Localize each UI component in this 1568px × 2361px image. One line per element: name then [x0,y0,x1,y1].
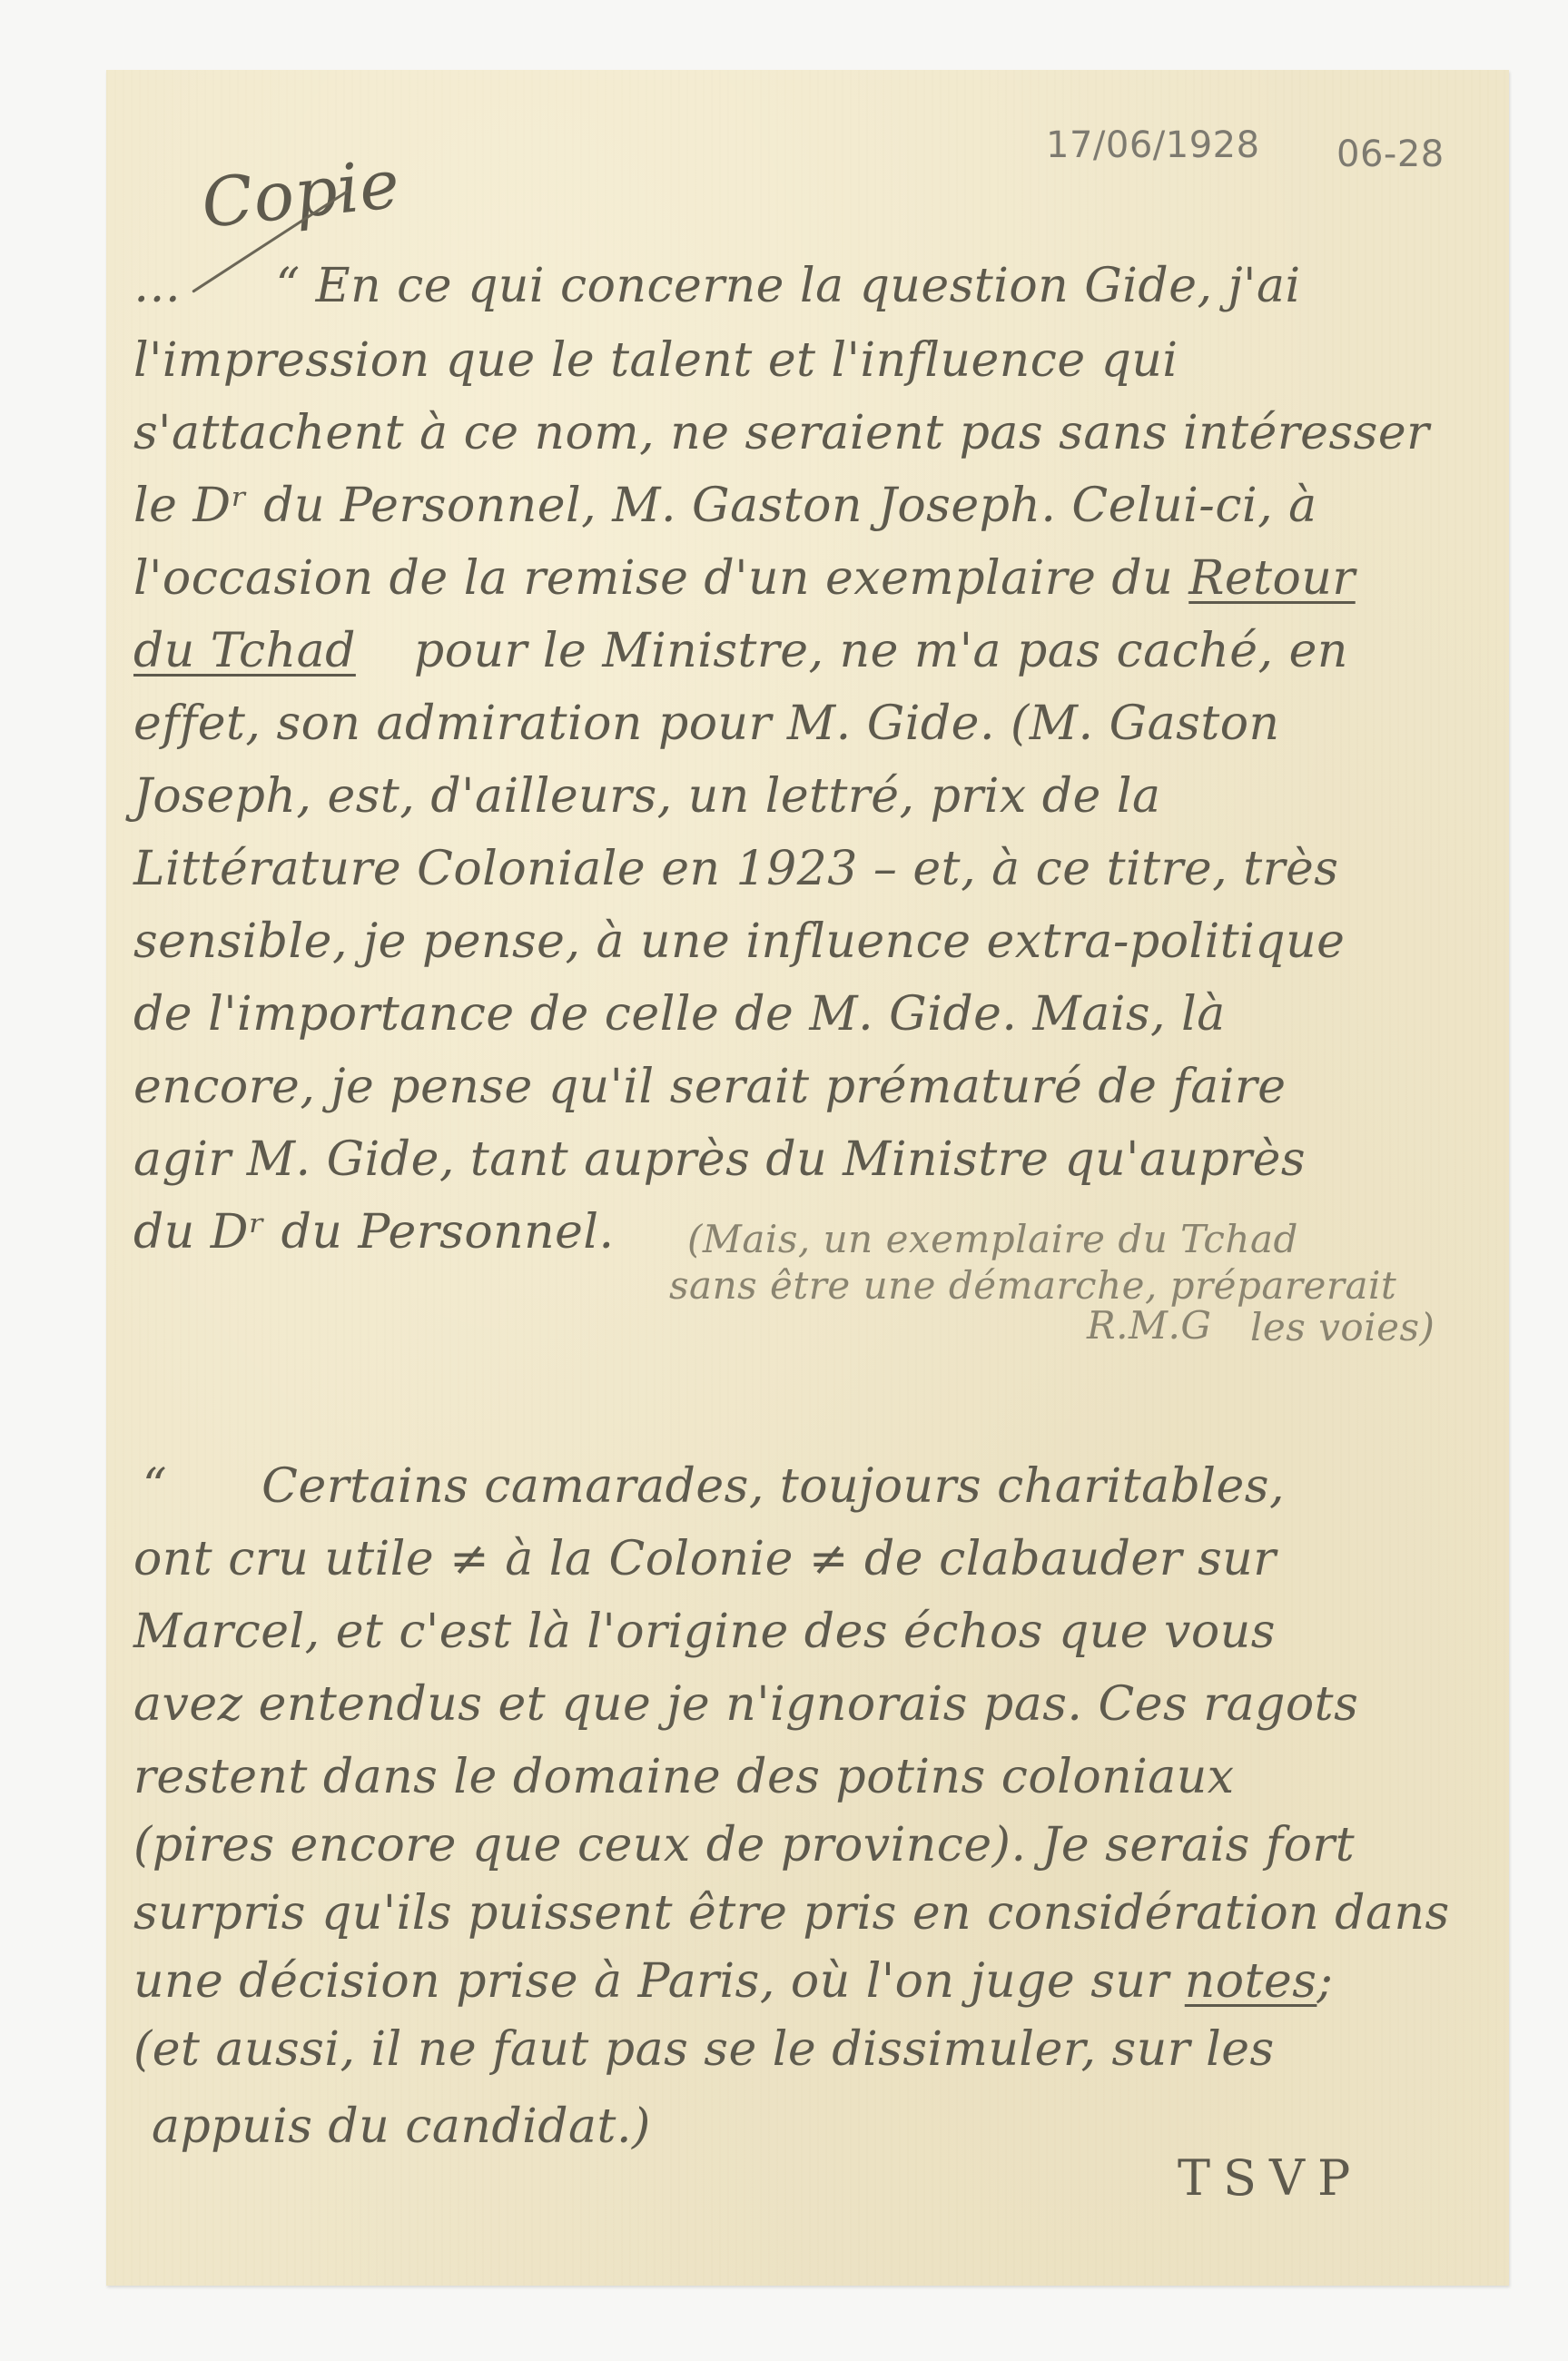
paragraph-2-line-5: restent dans le domaine des potins colon… [133,1750,1235,1804]
paragraph-1-line-13: agir M. Gide, tant auprès du Ministre qu… [133,1132,1306,1187]
paragraph-2-line-10: appuis du candidat.) [152,2099,651,2154]
paragraph-1-line-9: Littérature Coloniale en 1923 – et, à ce… [133,842,1338,896]
ellipsis-mark: … [133,259,182,313]
quote-mark: “ [143,1459,167,1514]
archive-code: 06-28 [1336,133,1445,175]
paragraph-1-line-6: du Tchad pour le Ministre, ne m'a pas ca… [133,624,1348,678]
paragraph-1-line-3: s'attachent à ce nom, ne seraient pas sa… [133,406,1429,460]
letter-page: Copie 17/06/1928 06-28 … “ En ce qui con… [106,70,1509,2286]
paragraph-2-line-7: surpris qu'ils puissent être pris en con… [133,1886,1450,1941]
paragraph-1-line-11: de l'importance de celle de M. Gide. Mai… [133,987,1226,1042]
annotation-line-3: les voies) [1250,1307,1435,1348]
paragraph-1-line-5: l'occasion de la remise d'un exemplaire … [133,551,1356,606]
copie-heading: Copie [198,145,403,243]
paragraph-2-line-8: une décision prise à Paris, où l'on juge… [133,1954,1333,2009]
paragraph-1-line-2: l'impression que le talent et l'influenc… [133,333,1178,388]
paragraph-2-line-9: (et aussi, il ne faut pas se le dissimul… [133,2022,1275,2077]
date-stamp: 17/06/1928 [1046,124,1260,166]
paragraph-2-line-4: avez entendus et que je n'ignorais pas. … [133,1677,1358,1732]
paragraph-2-line-2: ont cru utile ≠ à la Colonie ≠ de clabau… [133,1532,1277,1586]
paragraph-1-line-8: Joseph, est, d'ailleurs, un lettré, prix… [133,769,1160,824]
paragraph-2-line-1: “ Certains camarades, toujours charitabl… [143,1459,1285,1514]
underlined-book-title-cont: du Tchad [133,624,356,678]
underlined-book-title: Retour [1188,551,1355,606]
tsvp-mark: TSVP [1178,2149,1363,2207]
paragraph-1-line-10: sensible, je pense, à une influence extr… [133,914,1345,969]
annotation-initials: R.M.G [1087,1305,1211,1347]
underlined-word: notes [1185,1954,1317,2009]
paragraph-1-line-4: le Dʳ du Personnel, M. Gaston Joseph. Ce… [133,479,1317,533]
paragraph-2-line-3: Marcel, et c'est là l'origine des échos … [133,1605,1276,1659]
paragraph-1-line-12: encore, je pense qu'il serait prématuré … [133,1060,1286,1114]
annotation-line-1: (Mais, un exemplaire du Tchad [687,1219,1298,1260]
paragraph-1-line-7: effet, son admiration pour M. Gide. (M. … [133,696,1280,751]
paragraph-1-line-1: … “ En ce qui concerne la question Gide,… [133,259,1301,313]
annotation-line-2: sans être une démarche, préparerait [669,1265,1396,1307]
paragraph-2-line-6: (pires encore que ceux de province). Je … [133,1818,1355,1872]
paragraph-1-line-14: du Dʳ du Personnel. [133,1205,615,1260]
